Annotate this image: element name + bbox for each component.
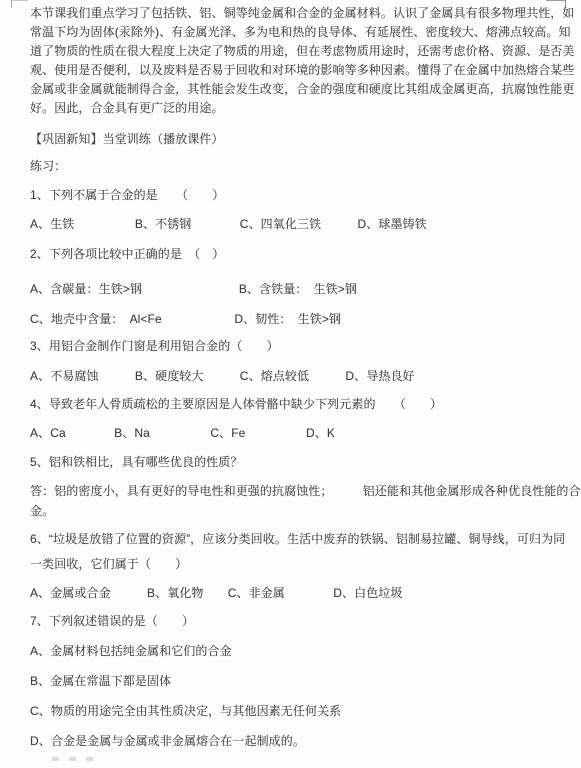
question-6-line-1: 6、“垃圾是放错了位置的资源”，应该分类回收。生活中废弃的铁锅、铝制易拉罐、铜导… xyxy=(30,533,565,546)
question-2: 2、下列各项比较中正确的是 （ ） xyxy=(30,248,224,261)
intro-line-3: 道了物质的性质在很大程度上决定了物质的用途，但在考虑物质用途时，还需考虑价格、资… xyxy=(30,45,575,58)
question-7: 7、下列叙述错误的是（ ） xyxy=(30,615,194,628)
question-5: 5、铝和铁相比，具有哪些优良的性质？ xyxy=(30,456,242,469)
question-5-answer-line-1: 答：铝的密度小，具有更好的导电性和更强的抗腐蚀性； 铝还能和其他金属形成各种优良… xyxy=(30,485,581,498)
question-7-option-d: D、合金是金属与金属或非金属熔合在一起制成的。 xyxy=(30,735,305,748)
question-4-options: A、Ca B、Na C、Fe D、K xyxy=(30,427,335,440)
document-page: 本节课我们重点学习了包括铁、铝、铜等纯金属和合金的金属材料。认识了金属具有很多物… xyxy=(0,0,581,768)
question-7-option-b: B、金属在常温下都是固体 xyxy=(30,675,171,688)
section-header: 【巩固新知】当堂训练（播放课件） xyxy=(30,133,224,146)
question-2-options-cd: C、地壳中含量： Al<Fe D、韧性： 生铁>钢 xyxy=(30,313,341,326)
question-1-options: A、生铁 B、不锈钢 C、四氧化三铁 D、球墨铸铁 xyxy=(30,218,427,231)
intro-line-2: 常温下均为固体(汞除外)、有金属光泽、多为电和热的良导体、有延展性、密度较大、熔… xyxy=(30,26,571,39)
intro-line-4: 观、使用是否便利，以及废料是否易于回收和对环境的影响等多种因素。懂得了在金属中加… xyxy=(30,64,575,77)
question-6-options: A、金属或合金 B、氧化物 C、非金属 D、白色垃圾 xyxy=(30,587,403,600)
practice-label: 练习： xyxy=(30,160,66,173)
question-5-answer-line-2: 金。 xyxy=(30,505,54,518)
intro-line-1: 本节课我们重点学习了包括铁、铝、铜等纯金属和合金的金属材料。认识了金属具有很多物… xyxy=(30,7,575,20)
question-6-line-2: 一类回收，它们属于（ ） xyxy=(30,558,187,571)
question-7-option-a: A、金属材料包括纯金属和它们的合金 xyxy=(30,645,232,658)
clipped-line-remnant xyxy=(69,757,76,761)
question-3-options: A、不易腐蚀 B、硬度较大 C、熔点较低 D、导热良好 xyxy=(30,370,415,383)
intro-line-6: 好。因此，合金具有更广泛的用途。 xyxy=(30,102,224,115)
clipped-line-remnant xyxy=(86,757,93,761)
question-1: 1、下列不属于合金的是 （ ） xyxy=(30,189,224,202)
clipped-line-remnant xyxy=(52,757,59,761)
margin-crop-mark-left xyxy=(11,0,28,8)
intro-line-5: 金属或非金属就能制得合金，其性能会发生改变，合金的强度和硬度比其组成金属更高，抗… xyxy=(30,83,575,96)
question-2-options-ab: A、含碳量：生铁>钢 B、含铁量： 生铁>钢 xyxy=(30,283,357,296)
question-4: 4、导致老年人骨质疏松的主要原因是人体骨骼中缺少下列元素的 （ ） xyxy=(30,398,442,411)
question-3: 3、用铝合金制作门窗是利用铝合金的（ ） xyxy=(30,340,279,353)
question-7-option-c: C、物质的用途完全由其性质决定，与其他因素无任何关系 xyxy=(30,705,341,718)
